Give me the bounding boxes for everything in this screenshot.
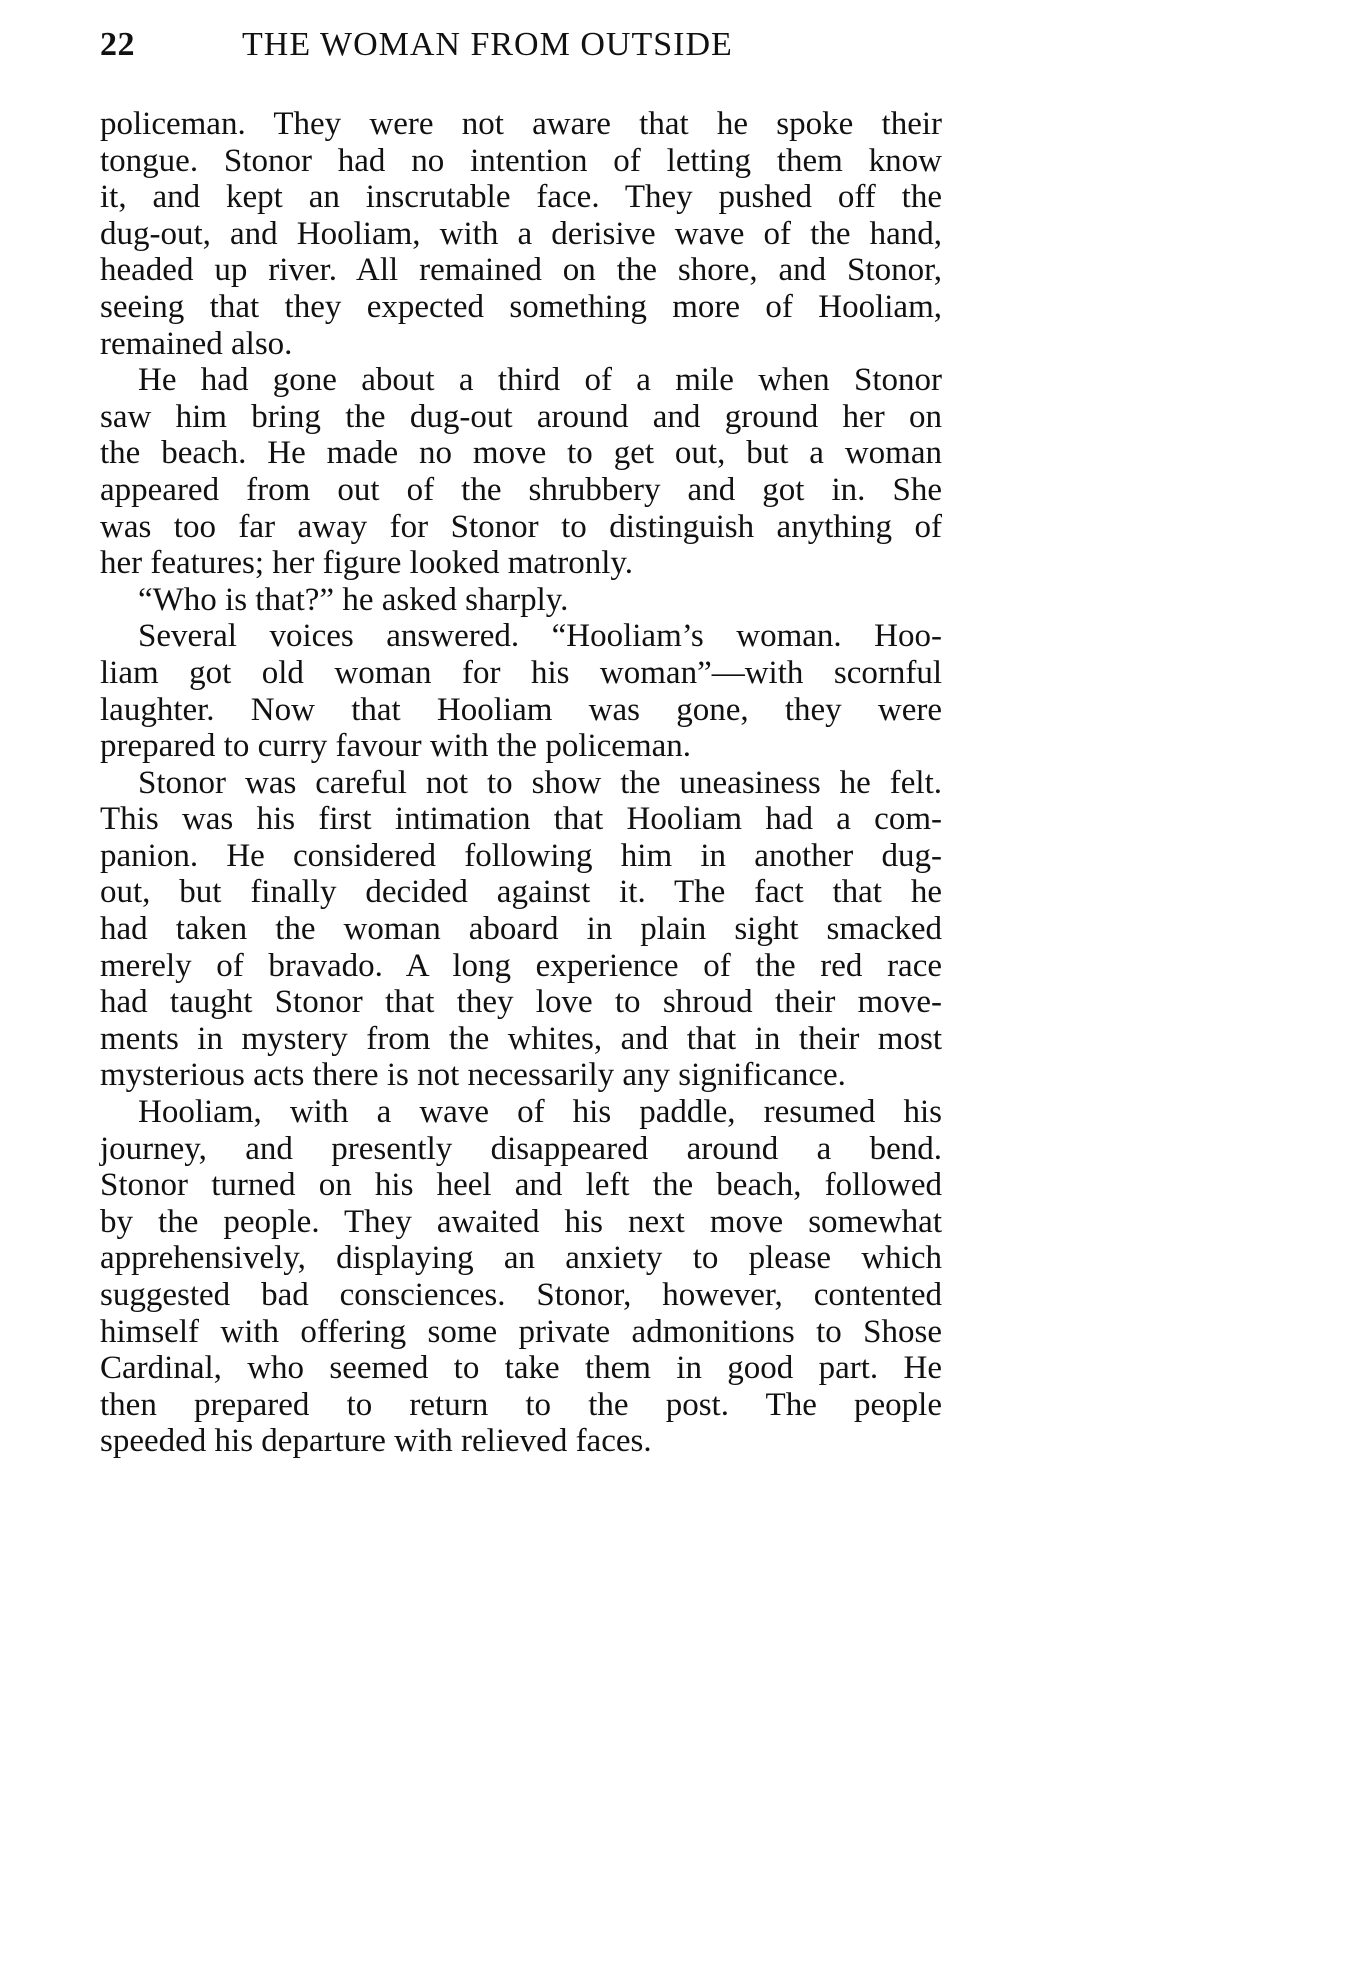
text-line: the beach. He made no move to get out, b… bbox=[100, 435, 942, 472]
text-line: Several voices answered. “Hooliam’s woma… bbox=[100, 618, 942, 655]
text-line: prepared to curry favour with the police… bbox=[100, 728, 942, 765]
text-line: merely of bravado. A long experience of … bbox=[100, 948, 942, 985]
page-number: 22 bbox=[100, 26, 135, 64]
text-line: laughter. Now that Hooliam was gone, the… bbox=[100, 692, 942, 729]
text-line: speeded his departure with relieved face… bbox=[100, 1423, 942, 1460]
text-line: seeing that they expected something more… bbox=[100, 289, 942, 326]
text-line: by the people. They awaited his next mov… bbox=[100, 1204, 942, 1241]
text-line: himself with offering some private admon… bbox=[100, 1314, 942, 1351]
text-line: Stonor turned on his heel and left the b… bbox=[100, 1167, 942, 1204]
text-line: remained also. bbox=[100, 326, 942, 363]
text-line: Cardinal, who seemed to take them in goo… bbox=[100, 1350, 942, 1387]
text-line: then prepared to return to the post. The… bbox=[100, 1387, 942, 1424]
text-line: tongue. Stonor had no intention of letti… bbox=[100, 143, 942, 180]
text-line: apprehensively, displaying an anxiety to… bbox=[100, 1240, 942, 1277]
text-line: was too far away for Stonor to distingui… bbox=[100, 509, 942, 546]
text-line: “Who is that?” he asked sharply. bbox=[100, 582, 942, 619]
text-line: had taken the woman aboard in plain sigh… bbox=[100, 911, 942, 948]
text-line: her features; her figure looked matronly… bbox=[100, 545, 942, 582]
text-line: mysterious acts there is not necessarily… bbox=[100, 1057, 942, 1094]
text-line: had taught Stonor that they love to shro… bbox=[100, 984, 942, 1021]
book-title: THE WOMAN FROM OUTSIDE bbox=[242, 26, 733, 64]
text-line: He had gone about a third of a mile when… bbox=[100, 362, 942, 399]
text-line: ments in mystery from the whites, and th… bbox=[100, 1021, 942, 1058]
text-line: it, and kept an inscrutable face. They p… bbox=[100, 179, 942, 216]
text-line: saw him bring the dug-out around and gro… bbox=[100, 399, 942, 436]
text-line: liam got old woman for his woman”—with s… bbox=[100, 655, 942, 692]
text-line: Stonor was careful not to show the uneas… bbox=[100, 765, 942, 802]
text-line: This was his first intimation that Hooli… bbox=[100, 801, 942, 838]
text-line: Hooliam, with a wave of his paddle, resu… bbox=[100, 1094, 942, 1131]
text-line: journey, and presently disappeared aroun… bbox=[100, 1131, 942, 1168]
running-head: 22 THE WOMAN FROM OUTSIDE bbox=[100, 26, 942, 70]
text-line: dug-out, and Hooliam, with a derisive wa… bbox=[100, 216, 942, 253]
text-line: out, but finally decided against it. The… bbox=[100, 874, 942, 911]
text-line: panion. He considered following him in a… bbox=[100, 838, 942, 875]
body-text: policeman. They were not aware that he s… bbox=[100, 106, 942, 1460]
text-line: policeman. They were not aware that he s… bbox=[100, 106, 942, 143]
text-line: suggested bad consciences. Stonor, howev… bbox=[100, 1277, 942, 1314]
text-line: headed up river. All remained on the sho… bbox=[100, 252, 942, 289]
text-line: appeared from out of the shrubbery and g… bbox=[100, 472, 942, 509]
